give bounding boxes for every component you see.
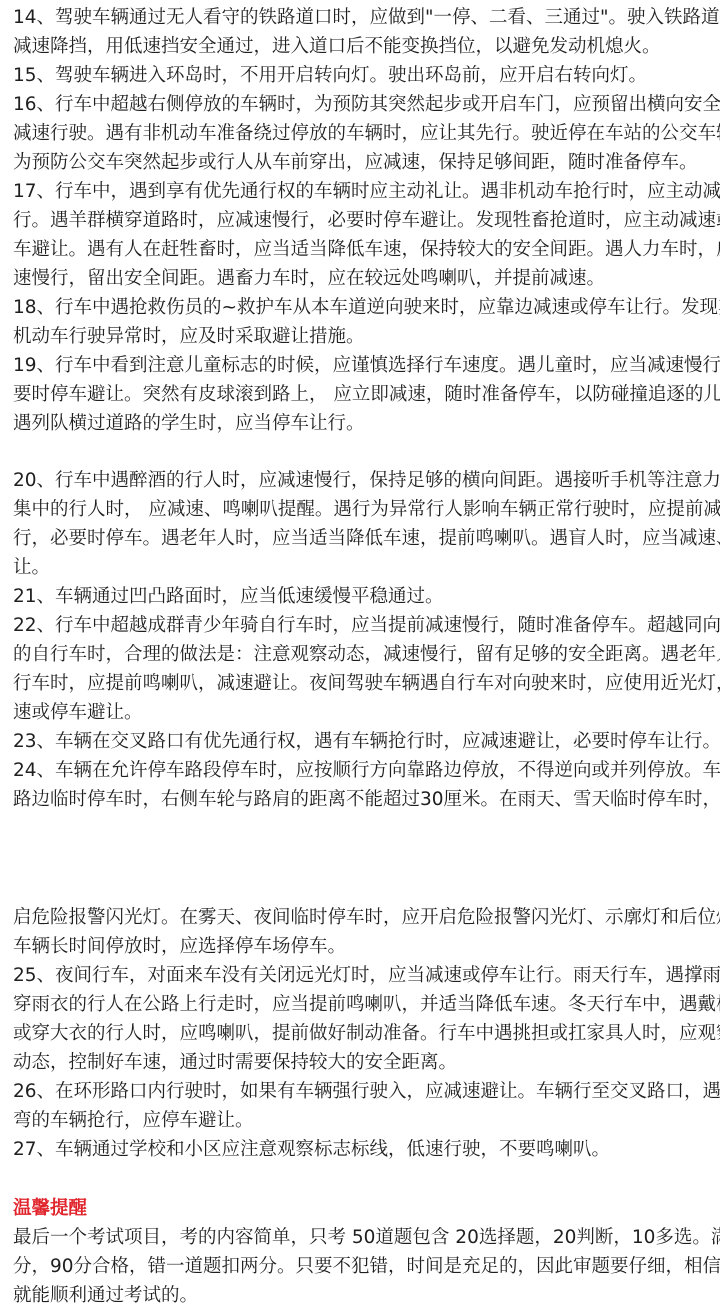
item-26-line-2: 弯的车辆抢行，应停车避让。 — [13, 1106, 254, 1135]
item-18-line-2: 机动车行驶异常时，应及时采取避让措施。 — [13, 322, 365, 351]
item-20-line-2: 集中的行人时， 应减速、鸣喇叭提醒。遇行为异常行人影响车辆正常行驶时，应提前减速… — [13, 495, 720, 524]
item-25-line-4: 动态，控制好车速，通过时需要保持较大的安全距离。 — [13, 1048, 457, 1077]
item-25-line-3: 或穿大衣的行人时，应鸣喇叭，提前做好制动准备。行车中遇挑担或扛家具人时，应观察其 — [13, 1019, 720, 1048]
item-24-line-2: 路边临时停车时，右侧车轮与路肩的距离不能超过30厘米。在雨天、雪天临时停车时，应… — [13, 785, 720, 814]
item-19-line-3: 遇列队横过道路的学生时，应当停车让行。 — [13, 409, 365, 438]
item-22-line-3: 行车时，应提前鸣喇叭，减速避让。夜间驾驶车辆遇自行车对向驶来时，应使用近光灯，减 — [13, 669, 720, 698]
item-14-line-1: 14、驾驶车辆通过无人看守的铁路道口时，应做到"一停、二看、三通过"。驶入铁路道… — [13, 3, 720, 32]
item-14-line-2: 减速降挡，用低速挡安全通过，进入道口后不能变换挡位，以避免发动机熄火。 — [13, 32, 661, 61]
item-21-line-1: 21、车辆通过凹凸路面时，应当低速缓慢平稳通过。 — [13, 582, 444, 611]
item-26-line-1: 26、在环形路口内行驶时，如果有车辆强行驶入，应减速避让。车辆行至交叉路口，遇有… — [13, 1077, 720, 1106]
item-25-line-2: 穿雨衣的行人在公路上行走时，应当提前鸣喇叭，并适当降低车速。冬天行车中，遇戴棉帽 — [13, 990, 720, 1019]
item-25-line-1: 25、夜间行车，对面来车没有关闭远光灯时，应当减速或停车让行。雨天行车，遇撑雨伞… — [13, 961, 720, 990]
item-15-line-1: 15、驾驶车辆进入环岛时，不用开启转向灯。驶出环岛前，应开启右转向灯。 — [13, 61, 647, 90]
reminder-heading: 温馨提醒 — [13, 1194, 87, 1223]
item-17-line-2: 行。遇羊群横穿道路时，应减速慢行，必要时停车避让。发现牲畜抢道时，应主动减速或停 — [13, 206, 720, 235]
reminder-line-2: 分，90分合格，错一道题扣两分。只要不犯错，时间是充足的，因此审题要仔细，相信大… — [13, 1252, 720, 1281]
item-22-line-4: 速或停车避让。 — [13, 698, 143, 727]
reminder-line-1: 最后一个考试项目，考的内容简单，只考 50道题包含 20选择题，20判断，10多… — [13, 1223, 720, 1252]
item-17-line-1: 17、行车中，遇到享有优先通行权的车辆时应主动礼让。遇非机动车抢行时，应主动减速… — [13, 177, 720, 206]
item-20-line-1: 20、行车中遇醉酒的行人时，应减速慢行，保持足够的横向间距。遇接听手机等注意力高… — [13, 466, 720, 495]
item-18-line-1: 18、行车中遇抢救伤员的~救护车从本车道逆向驶来时，应靠边减速或停车让行。发现其… — [13, 293, 720, 322]
item-17-line-4: 速慢行，留出安全间距。遇畜力车时，应在较远处鸣喇叭，并提前减速。 — [13, 264, 605, 293]
item-22-line-2: 的自行车时，合理的做法是：注意观察动态，减速慢行，留有足够的安全距离。遇老年人骑… — [13, 640, 720, 669]
item-19-line-1: 19、行车中看到注意儿童标志的时候，应谨慎选择行车速度。遇儿童时，应当减速慢行，… — [13, 351, 720, 380]
item-20-line-3: 行，必要时停车。遇老年人时，应当适当降低车速，提前鸣喇叭。遇盲人时，应当减速、避 — [13, 524, 720, 553]
item-23-line-1: 23、车辆在交叉路口有优先通行权，遇有车辆抢行时，应减速避让，必要时停车让行。 — [13, 727, 720, 756]
item-19-line-2: 要时停车避让。突然有皮球滚到路上， 应立即减速，随时准备停车，以防碰撞追逐的儿童… — [13, 380, 720, 409]
item-22-line-1: 22、行车中超越成群青少年骑自行车时，应当提前减速慢行，随时准备停车。超越同向行… — [13, 611, 720, 640]
item-24-line-1: 24、车辆在允许停车路段停车时，应按顺行方向靠路边停放，不得逆向或并列停放。车辆… — [13, 756, 720, 785]
item-16-line-3: 为预防公交车突然起步或行人从车前穿出，应减速，保持足够间距，随时准备停车。 — [13, 148, 698, 177]
item-16-line-2: 减速行驶。遇有非机动车准备绕过停放的车辆时，应让其先行。驶近停在车站的公交车辆时… — [13, 119, 720, 148]
item-27-line-1: 27、车辆通过学校和小区应注意观察标志标线，低速行驶，不要鸣喇叭。 — [13, 1135, 610, 1164]
item-16-line-1: 16、行车中超越右侧停放的车辆时，为预防其突然起步或开启车门，应预留出横向安全距… — [13, 90, 720, 119]
reminder-line-3: 就能顺利通过考试的。 — [13, 1281, 198, 1310]
item-20-line-4: 让。 — [13, 553, 50, 582]
item-24-line-4: 车辆长时间停放时，应选择停车场停车。 — [13, 932, 346, 961]
item-24-line-3: 启危险报警闪光灯。在雾天、夜间临时停车时，应开启危险报警闪光灯、示廓灯和后位灯。 — [13, 903, 720, 932]
item-17-line-3: 车避让。遇有人在赶牲畜时，应当适当降低车速，保持较大的安全间距。遇人力车时，应减 — [13, 235, 720, 264]
